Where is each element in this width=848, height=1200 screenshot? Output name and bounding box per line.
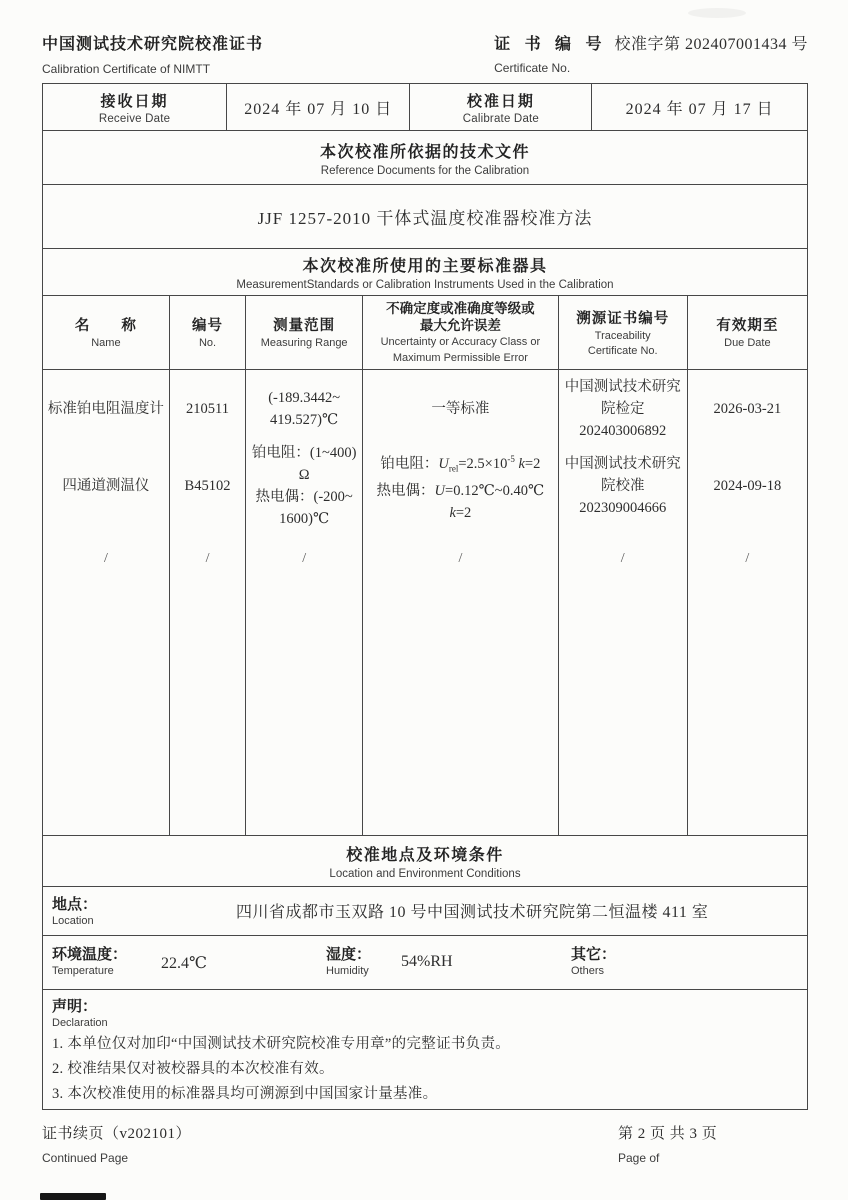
col-header-due: 有效期至 Due Date [688,296,807,369]
row1-traceability: 中国测试技术研究 院检定 202403006892 [565,378,681,440]
row2-no: B45102 [185,475,231,497]
col-header-uncertainty-en2: Maximum Permissible Error [393,352,528,366]
receive-date-value-cell: 2024 年 07 月 10 日 [227,84,410,130]
col-header-no: 编号 No. [170,296,246,369]
page-footer: 证书续页（v202101） Continued Page 第 2 页 共 3 页… [42,1122,808,1165]
declaration-items: 1. 本单位仅对加印“中国测试技术研究院校准专用章”的完整证书负责。 2. 校准… [52,1032,797,1107]
certificate-number-label-zh: 证 书 编 号 [494,36,606,53]
col-header-due-zh: 有效期至 [716,314,778,335]
footer-right: 第 2 页 共 3 页 Page of [618,1122,808,1165]
location-value: 四川省成都市玉双路 10 号中国测试技术研究院第二恒温楼 411 室 [236,899,708,922]
col-header-no-zh: 编号 [192,314,223,335]
row2-range-line3: 热电偶：(-200~ [256,486,353,508]
certificate-number-block: 证 书 编 号校准字第 202407001434 号 Certificate N… [494,31,808,76]
issuer-title-block: 中国测试技术研究院校准证书 Calibration Certificate of… [42,31,263,76]
temperature-label: 环境温度： Temperature [52,943,127,977]
receive-date-value: 2024 年 07 月 10 日 [244,96,392,119]
row3-name: / [104,548,108,570]
row3-traceability: / [621,548,625,570]
row2-name: 四通道测温仪 [62,475,149,497]
row1-name: 标准铂电阻温度计 [48,398,164,420]
environment-row: 环境温度： Temperature 22.4℃ 湿度： Humidity 54%… [43,936,807,990]
reference-title-en: Reference Documents for the Calibration [321,165,529,177]
row1-no: 210511 [186,398,229,420]
col-header-uncertainty-en1: Uncertainty or Accuracy Class or [381,336,541,350]
col-header-name: 名 称 Name [43,296,170,369]
page-number-zh: 第 2 页 共 3 页 [618,1122,808,1143]
page-number-en: Page of [618,1151,808,1165]
row3-range: / [302,548,306,570]
reference-document-text: JJF 1257-2010 干体式温度校准器校准方法 [258,204,593,229]
row1-range-line1: (-189.3442~ [268,387,340,409]
row2-trace-line3: 202309004666 [579,497,666,519]
issuer-title-en: Calibration Certificate of NIMTT [42,62,263,76]
row2-trace-line1: 中国测试技术研究 [565,453,681,475]
column-traceability: 中国测试技术研究 院检定 202403006892 中国测试技术研究 院校准 2… [559,370,688,835]
calibrate-date-value: 2024 年 07 月 17 日 [626,96,774,119]
declaration-section: 声明： Declaration 1. 本单位仅对加印“中国测试技术研究院校准专用… [43,990,807,1109]
receive-date-label-cell: 接收日期 Receive Date [43,84,227,130]
scan-smudge-artifact [688,8,746,18]
col-header-traceability-zh: 溯源证书编号 [576,307,669,328]
column-no: 210511 B45102 / [170,370,246,835]
calibrate-date-label-cell: 校准日期 Calibrate Date [410,84,592,130]
temperature-label-zh: 环境温度： [52,943,127,964]
location-title-zh: 校准地点及环境条件 [346,842,504,865]
col-header-traceability-en2: Certificate No. [588,345,658,359]
row2-uncertainty-line1: 铂电阻：Urel=2.5×10-5 k=2 [380,448,540,480]
col-header-name-en: Name [91,337,120,351]
column-name: 标准铂电阻温度计 四通道测温仪 / [43,370,170,835]
row2-range-line4: 1600)℃ [279,508,329,530]
issuer-title-zh: 中国测试技术研究院校准证书 [42,31,263,54]
certificate-body: 接收日期 Receive Date 2024 年 07 月 10 日 校准日期 … [42,83,808,1110]
row2-range-line2: Ω [299,464,310,486]
col-header-range: 测量范围 Measuring Range [246,296,363,369]
row2-uncertainty-line2: 热电偶：U=0.12℃~0.40℃ [377,480,545,502]
location-title-en: Location and Environment Conditions [329,868,520,880]
standards-title-zh: 本次校准所使用的主要标准器具 [302,253,547,276]
dates-row: 接收日期 Receive Date 2024 年 07 月 10 日 校准日期 … [43,84,807,131]
col-header-uncertainty-zh1: 不确定度或准确度等级或 [386,300,535,317]
row2-range-line1: 铂电阻：(1~400) [252,442,357,464]
calibrate-date-label-zh: 校准日期 [467,90,535,111]
column-range: (-189.3442~ 419.527)℃ 铂电阻：(1~400) Ω 热电偶：… [246,370,363,835]
col-header-traceability-en1: Traceability [595,330,651,344]
col-header-uncertainty: 不确定度或准确度等级或 最大允许误差 Uncertainty or Accura… [363,296,559,369]
row2-trace-line2: 院校准 [601,475,645,497]
others-label: 其它： Others [571,943,616,977]
calibrate-date-label-en: Calibrate Date [463,113,539,125]
temperature-label-en: Temperature [52,965,127,977]
others-label-zh: 其它： [571,943,616,964]
document-header: 中国测试技术研究院校准证书 Calibration Certificate of… [42,31,808,76]
col-header-uncertainty-zh2: 最大允许误差 [420,317,501,334]
row2-traceability: 中国测试技术研究 院校准 202309004666 [565,440,681,532]
standards-section-title: 本次校准所使用的主要标准器具 MeasurementStandards or C… [43,249,807,296]
scan-edge-artifact [40,1193,106,1200]
column-due: 2026-03-21 2024-09-18 / [688,370,807,835]
row1-range: (-189.3442~ 419.527)℃ [268,378,340,440]
row1-trace-line1: 中国测试技术研究 [565,376,681,398]
temperature-value: 22.4℃ [161,953,207,973]
location-label-en: Location [52,915,97,927]
receive-date-label-zh: 接收日期 [101,90,169,111]
standards-title-en: MeasurementStandards or Calibration Inst… [236,279,613,291]
col-header-due-en: Due Date [724,337,770,351]
humidity-label-en: Humidity [326,965,371,977]
declaration-item-2: 2. 校准结果仅对被校器具的本次校准有效。 [52,1057,797,1082]
location-section-title: 校准地点及环境条件 Location and Environment Condi… [43,836,807,887]
row2-range: 铂电阻：(1~400) Ω 热电偶：(-200~ 1600)℃ [252,440,357,532]
location-label: 地点： Location [52,893,97,927]
footer-left: 证书续页（v202101） Continued Page [42,1122,191,1165]
location-row: 地点： Location 四川省成都市玉双路 10 号中国测试技术研究院第二恒温… [43,887,807,936]
standards-table-body: 标准铂电阻温度计 四通道测温仪 / 210511 B45102 / (-189.… [43,370,807,836]
others-label-en: Others [571,965,616,977]
declaration-item-1: 1. 本单位仅对加印“中国测试技术研究院校准专用章”的完整证书负责。 [52,1032,797,1057]
calibrate-date-value-cell: 2024 年 07 月 17 日 [592,84,807,130]
row2-uncertainty-line3: k=2 [449,502,471,524]
row1-uncertainty: 一等标准 [431,398,489,420]
col-header-no-en: No. [199,337,216,351]
continued-page-en: Continued Page [42,1151,191,1165]
certificate-number-label-en: Certificate No. [494,61,808,75]
location-label-zh: 地点： [52,893,97,914]
certificate-number-line: 证 书 编 号校准字第 202407001434 号 [494,31,808,54]
humidity-value: 54%RH [401,953,453,971]
row1-range-line2: 419.527)℃ [270,409,338,431]
declaration-title-zh: 声明： [52,995,797,1016]
col-header-name-zh: 名 称 [75,314,137,335]
reference-title-zh: 本次校准所依据的技术文件 [320,139,530,162]
col-header-range-zh: 测量范围 [273,314,335,335]
row2-uncertainty: 铂电阻：Urel=2.5×10-5 k=2 热电偶：U=0.12℃~0.40℃ … [377,440,545,532]
row1-trace-line2: 院检定 [601,398,645,420]
row3-no: / [206,548,210,570]
certificate-number-value: 校准字第 202407001434 号 [614,36,808,53]
continued-page-zh: 证书续页（v202101） [42,1122,191,1143]
humidity-label-zh: 湿度： [326,943,371,964]
row3-due: / [745,548,749,570]
reference-document-cell: JJF 1257-2010 干体式温度校准器校准方法 [43,185,807,249]
certificate-page: 中国测试技术研究院校准证书 Calibration Certificate of… [0,0,848,1200]
row1-trace-line3: 202403006892 [579,420,666,442]
declaration-title-en: Declaration [52,1017,797,1029]
column-uncertainty: 一等标准 铂电阻：Urel=2.5×10-5 k=2 热电偶：U=0.12℃~0… [363,370,559,835]
col-header-traceability: 溯源证书编号 Traceability Certificate No. [559,296,688,369]
row1-due: 2026-03-21 [714,398,782,420]
col-header-range-en: Measuring Range [261,337,348,351]
receive-date-label-en: Receive Date [99,113,170,125]
declaration-item-3: 3. 本次校准使用的标准器具均可溯源到中国国家计量基准。 [52,1082,797,1107]
humidity-label: 湿度： Humidity [326,943,371,977]
row2-due: 2024-09-18 [714,475,782,497]
standards-table-header: 名 称 Name 编号 No. 测量范围 Measuring Range 不确定… [43,296,807,370]
row3-uncertainty: / [458,548,462,570]
reference-section-title: 本次校准所依据的技术文件 Reference Documents for the… [43,131,807,185]
